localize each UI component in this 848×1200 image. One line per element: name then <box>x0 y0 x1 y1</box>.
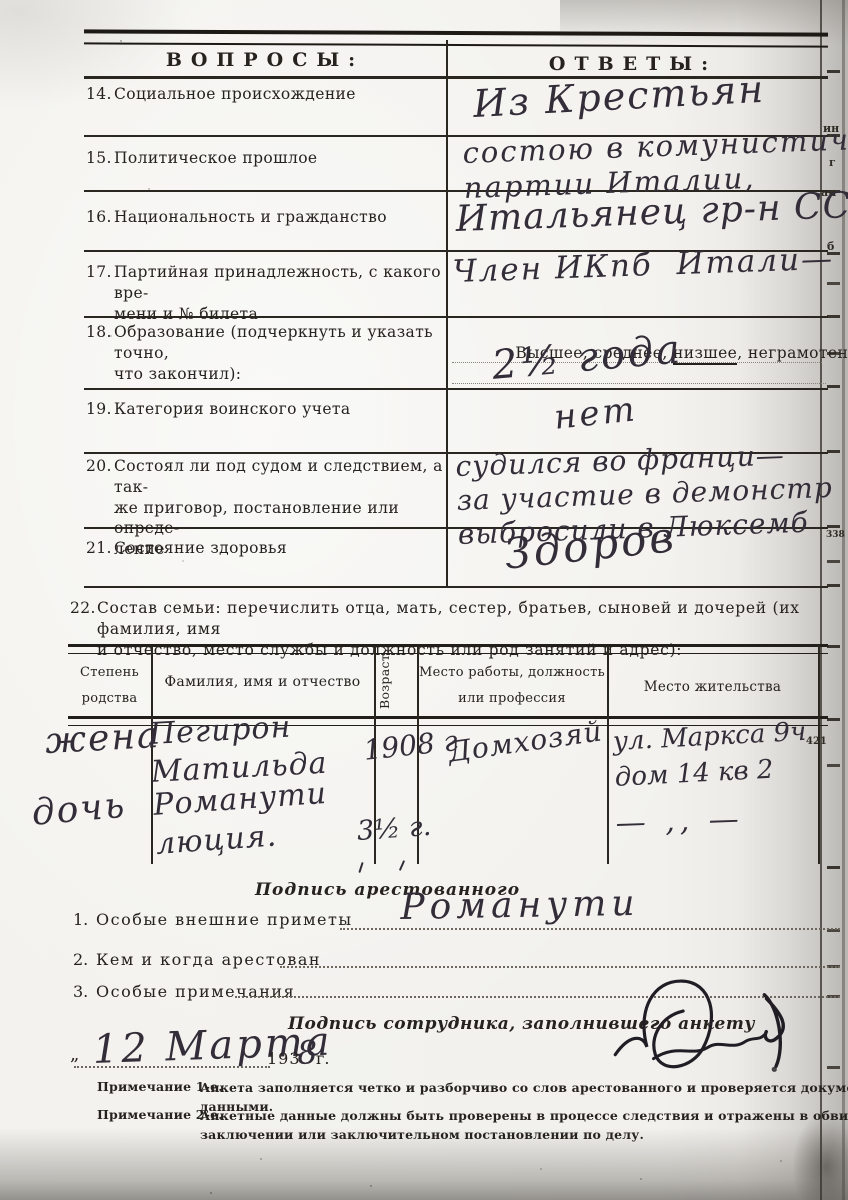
family-age-handwriting: 1908 г <box>362 724 459 767</box>
question-text: Национальность и гражданство <box>114 207 444 228</box>
family-relation-handwriting: дочь <box>30 784 128 835</box>
question-text: Категория воинского учета <box>114 399 444 420</box>
arrestee-signature-handwriting: Романути <box>400 882 640 929</box>
family-residence-handwriting: — ,, — <box>615 802 744 842</box>
question-text: Образование (подчеркнуть и указать точно… <box>114 322 454 384</box>
row-rule <box>84 388 828 390</box>
column-header-age: Возраст <box>379 651 413 713</box>
answer-handwriting: Член ИКпб Итали— <box>452 241 835 291</box>
column-header-residence: Место жительства <box>607 679 818 695</box>
scanned-arrest-questionnaire-page: ин г аи б 338 421 ВОПРОСЫ: ОТВЕТЫ: 14. С… <box>0 0 848 1200</box>
family-section-number: 22. <box>70 598 96 619</box>
question-number: 15. <box>86 148 112 169</box>
footnote-text: Анкетные данные должны быть проверены в … <box>200 1107 848 1145</box>
question-text: Социальное происхождение <box>114 84 444 105</box>
question-number: 17. <box>86 262 112 283</box>
family-residence-handwriting: ул. Маркса 9ч дом 14 кв 2 <box>612 714 809 797</box>
question-number: 21. <box>86 538 112 559</box>
column-header-relation: Степень родства <box>68 660 151 712</box>
item-number: 3. <box>73 982 88 1001</box>
question-number: 16. <box>86 207 112 228</box>
question-text: Партийная принадлежность, с какого вре- … <box>114 262 454 324</box>
date-printed-year: 193 <box>267 1049 301 1068</box>
fill-in-dotted-line <box>280 966 840 968</box>
column-header-work: Место работы, должность или профессия <box>417 660 607 712</box>
family-name-handwriting: Романути люция. <box>152 774 331 864</box>
date-year-digit-handwriting: 8 <box>296 1033 318 1072</box>
question-number: 19. <box>86 399 112 420</box>
date-suffix: г. <box>316 1049 329 1068</box>
date-open-quote: „ <box>70 1044 79 1065</box>
date-dotted-line <box>74 1066 270 1068</box>
ink-mark <box>358 862 363 873</box>
education-options-suffix: , неграмотен <box>737 344 848 362</box>
ink-mark <box>399 860 405 871</box>
question-text: Состояние здоровья <box>114 538 444 559</box>
table-top-rule <box>68 644 828 654</box>
question-number: 18. <box>86 322 112 343</box>
column-header-name: Фамилия, имя и отчество <box>151 674 374 690</box>
family-relation-handwriting: жена <box>44 714 162 763</box>
answer-handwriting: нет <box>552 389 640 438</box>
edge-rule-ticks <box>827 0 840 3</box>
question-number: 14. <box>86 84 112 105</box>
table-right-border <box>818 646 820 864</box>
item-number: 1. <box>73 910 88 929</box>
question-text: Политическое прошлое <box>114 148 444 169</box>
question-number: 20. <box>86 456 112 477</box>
edge-page-number-fragment: 421 <box>806 736 827 747</box>
item-label: Особые примечания <box>96 982 295 1001</box>
officer-signature-scrawl <box>595 967 811 1090</box>
item-label: Особые внешние приметы <box>96 910 353 929</box>
family-age-handwriting: 3½ г. <box>356 811 432 848</box>
item-number: 2. <box>73 950 88 969</box>
row-rule <box>84 586 828 588</box>
top-double-rule <box>84 29 828 47</box>
questions-column-title: ВОПРОСЫ: <box>84 49 446 71</box>
